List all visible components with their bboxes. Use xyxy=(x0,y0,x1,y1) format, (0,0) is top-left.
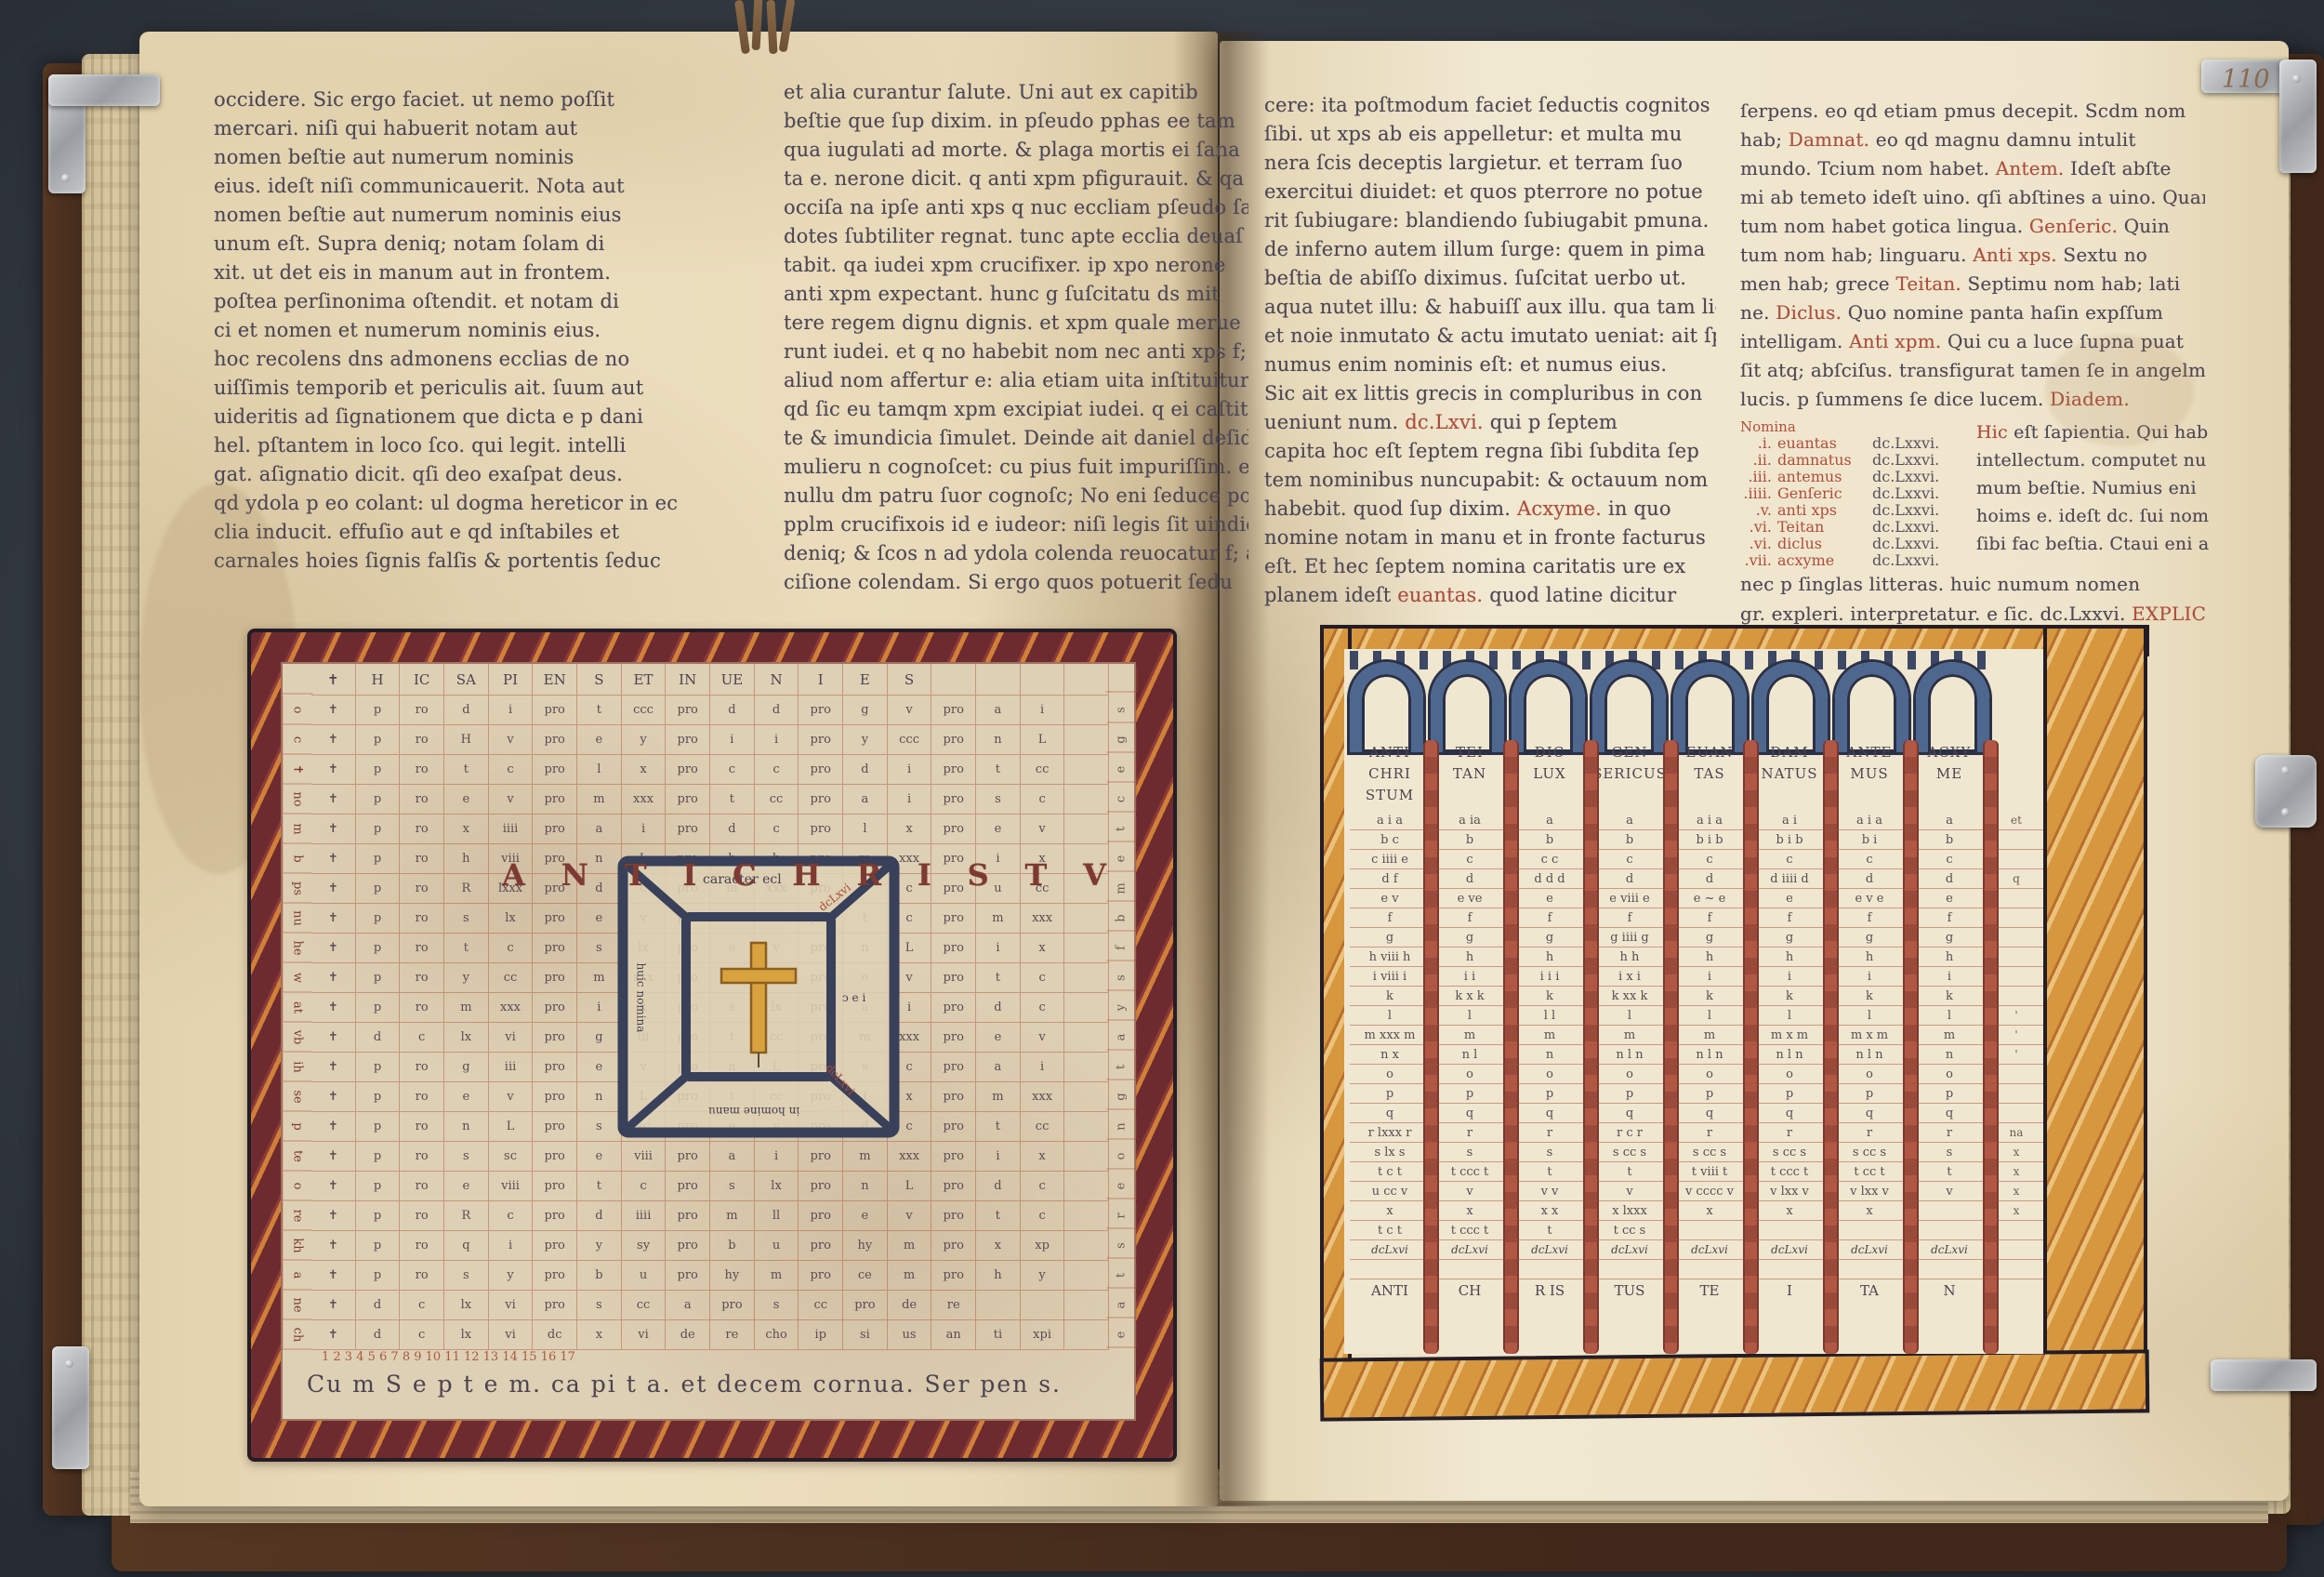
grid-cell: s xyxy=(577,1291,622,1320)
table-row: lll llllll' xyxy=(1350,1006,2043,1026)
grid-cell: pro xyxy=(931,934,976,963)
grid-cell: i xyxy=(976,934,1021,963)
table-cell: e v xyxy=(1350,889,1430,908)
table-cell: p xyxy=(1829,1084,1909,1103)
grid-cell: pro xyxy=(931,993,976,1023)
grid-row: no✝proevpromxxxprotccproaiproscc xyxy=(283,785,1134,815)
table-cell: u cc v xyxy=(1350,1182,1430,1200)
manuscript-line: planem ideſt euantas. quod latine dicitu… xyxy=(1264,581,1716,610)
manuscript-line: intellectum. computet nu xyxy=(1976,446,2209,474)
grid-right-border-letter: a xyxy=(1107,1293,1137,1319)
manuscript-line: nera ſcis deceptis largietur. et terram … xyxy=(1264,149,1716,178)
grid-row: c✝proHvproeyproiiproycccpronLg xyxy=(283,725,1134,755)
grid-row: ch✝dclxvidcxviderechoipsiusantixpie xyxy=(283,1320,1134,1350)
table-cell: b i b xyxy=(1750,830,1829,849)
grid-cell: s xyxy=(888,664,932,696)
text-segment: Diclus. xyxy=(1776,301,1842,324)
grid-cell: pi xyxy=(489,664,534,696)
grid-left-border-letter: no xyxy=(283,786,312,815)
grid-cell: ccc xyxy=(888,725,932,755)
blank-row xyxy=(1350,1260,2043,1279)
grid-cell: pro xyxy=(533,1172,577,1201)
table-row: u cc vvv vvv cccc vv lxx vv lxx vvx xyxy=(1350,1182,2043,1201)
manuscript-line: anti xpm expectant. hunc g ſuſcitatu ds … xyxy=(784,280,1248,309)
grid-cell: xpi xyxy=(1021,1320,1065,1350)
text-segment: tum nom hab; linguaru. xyxy=(1740,244,1973,266)
clasp-bottom-right xyxy=(2211,1359,2317,1391)
grid-cell: pro xyxy=(533,1112,577,1142)
table-cell: a xyxy=(1590,811,1670,829)
grid-cell xyxy=(1064,1172,1109,1201)
grid-cell: xxx xyxy=(622,785,667,815)
grid-row: kh✝proqiproysyprobuprohymproxxps xyxy=(283,1231,1134,1261)
table-cell: b c xyxy=(1350,830,1430,849)
table-row: kk x kkk xx kkkkk xyxy=(1350,987,2043,1006)
grid-cell: v xyxy=(489,725,534,755)
grid-cell: pro xyxy=(843,1291,888,1320)
table-cell: o xyxy=(1750,1065,1829,1083)
grid-cell: p xyxy=(356,1201,401,1231)
grid-right-border-letter: g xyxy=(1107,728,1137,753)
table-cell: e ~ e xyxy=(1670,889,1750,908)
table-cell: i xyxy=(1829,967,1909,986)
table-cell: c xyxy=(1590,850,1670,868)
grid-cell: u xyxy=(755,1231,799,1261)
grid-cell: viii xyxy=(622,1142,667,1172)
table-cell: v lxx v xyxy=(1829,1182,1909,1200)
grid-cell: ✝ xyxy=(311,725,356,755)
grid-cell: pro xyxy=(533,993,577,1023)
text-segment: quod latine dicitur xyxy=(1483,584,1676,606)
grid-cell: H xyxy=(444,725,489,755)
grid-cell: pro xyxy=(931,1261,976,1291)
grid-cell: m xyxy=(888,1261,932,1291)
table-margin-gloss xyxy=(1989,908,2043,927)
table-cell: d iiii d xyxy=(1750,869,1829,888)
text-segment: Quin xyxy=(2118,215,2170,237)
grid-cell: pro xyxy=(931,725,976,755)
grid-cell: xxx xyxy=(888,1142,932,1172)
manuscript-line: ta e. nerone dicit. q anti xpm pfiguraui… xyxy=(784,165,1248,193)
grid-cell: a xyxy=(666,1291,710,1320)
arcade-letter-rows: a i aa iaaaa i aa ia i aaetb cbbbb i bb … xyxy=(1350,811,2043,1302)
grid-cell: cc xyxy=(755,785,799,815)
grid-left-border-letter: ih xyxy=(283,1054,312,1082)
table-margin-gloss xyxy=(1989,948,2043,966)
grid-cell: xxx xyxy=(1021,1082,1065,1112)
manuscript-line: Sic ait ex littis grecis in compluribus … xyxy=(1264,379,1716,408)
manuscript-line: aqua nutet illu: & habuiſſ aux illu. qua… xyxy=(1264,293,1716,322)
grid-cell: s xyxy=(577,664,622,696)
grid-left-border-letter: ✝ xyxy=(283,756,312,785)
manuscript-line: mundo. Tcium nom habet. Antem. Ideſt abſ… xyxy=(1740,154,2205,183)
text-segment: in quo xyxy=(1602,497,1671,520)
manuscript-line: mercari. niſi qui habuerit notam aut xyxy=(214,114,751,143)
grid-cell: pro xyxy=(931,1053,976,1082)
big-letter: C xyxy=(733,857,756,895)
grid-cell: p xyxy=(356,993,401,1023)
grid-row: o✝proeviiiprotcproslxpronLprodce xyxy=(283,1172,1134,1201)
table-cell: p xyxy=(1590,1084,1670,1103)
table-cell: e ve xyxy=(1430,889,1510,908)
grid-cell: pro xyxy=(799,696,843,725)
grid-cell: s xyxy=(444,904,489,934)
grid-cell: x xyxy=(622,755,667,785)
grid-cell: lx xyxy=(755,1172,799,1201)
grid-cell: pro xyxy=(666,1231,710,1261)
grid-cell: x xyxy=(444,815,489,844)
grid-right-border-letter: g xyxy=(1107,1085,1137,1110)
grid-cell: a xyxy=(577,815,622,844)
table-cell: i viii i xyxy=(1350,967,1430,986)
grid-cell: de xyxy=(888,1291,932,1320)
grid-cell: e xyxy=(444,1082,489,1112)
grid-left-border-letter: a xyxy=(283,1262,312,1291)
table-cell: dcLxvi xyxy=(1909,1240,1989,1259)
grid-cell: e xyxy=(976,815,1021,844)
table-cell: m xxx m xyxy=(1350,1026,1430,1044)
grid-cell: s xyxy=(710,1172,755,1201)
grid-cell: p xyxy=(356,725,401,755)
grid-cell: i xyxy=(799,664,843,696)
manuscript-line: rit ſubiugare: blandiendo ſubiugabit pmu… xyxy=(1264,206,1716,235)
item-numeral: .vi. xyxy=(1740,519,1772,536)
grid-cell: t xyxy=(444,755,489,785)
grid-cell: ro xyxy=(400,934,444,963)
grid-cell xyxy=(1064,1053,1109,1082)
table-cell: t xyxy=(1510,1221,1590,1239)
grid-cell: lx xyxy=(444,1320,489,1350)
margin-list-item: .v.anti xpsdc.Lxxvi. xyxy=(1740,502,1963,519)
grid-cell: c xyxy=(400,1320,444,1350)
grid-cell: a xyxy=(843,785,888,815)
big-letter: H xyxy=(792,857,820,895)
table-row: ffffffff xyxy=(1350,908,2043,928)
grid-cell: q xyxy=(444,1231,489,1261)
item-name: Teitan xyxy=(1777,519,1867,536)
manuscript-line: dotes ſubtiliter regnat. tunc apte eccli… xyxy=(784,222,1248,251)
table-cell: n xyxy=(1909,1045,1989,1064)
grid-cell: lx xyxy=(444,1291,489,1320)
grid-cell: pro xyxy=(931,1172,976,1201)
table-cell: t xyxy=(1590,1162,1670,1181)
manuscript-line: beſtie que ſup dixim. in pſeudo pphas ee… xyxy=(784,107,1248,136)
table-row: gggg iiii ggggg xyxy=(1350,928,2043,948)
grid-cell: i xyxy=(1021,1053,1065,1082)
grid-cell: pro xyxy=(931,696,976,725)
text-segment: Teitan. xyxy=(1895,272,1961,295)
text-segment: eo qd magnu damnu intulit xyxy=(1869,128,2135,151)
grid-cell: m xyxy=(710,1201,755,1231)
grid-cell: pro xyxy=(533,1291,577,1320)
grid-cell: L xyxy=(888,1172,932,1201)
table-cell: r c r xyxy=(1590,1123,1670,1142)
grid-right-border-letter: s xyxy=(1107,1234,1137,1259)
grid-cell: pro xyxy=(533,815,577,844)
table-cell: c c xyxy=(1510,850,1590,868)
grid-cell: pro xyxy=(533,696,577,725)
grid-cell xyxy=(1064,1023,1109,1053)
grid-big-letters-antichristv: ANTICHRISTV xyxy=(502,857,1106,895)
grid-cell: i xyxy=(976,1142,1021,1172)
grid-cell: t xyxy=(444,934,489,963)
table-cell: s cc s xyxy=(1750,1143,1829,1161)
grid-cell: y xyxy=(489,1261,534,1291)
grid-cell: i xyxy=(888,755,932,785)
table-cell: q xyxy=(1670,1104,1750,1122)
table-cell: x xyxy=(1670,1201,1750,1220)
totals-row: dcLxvidcLxvidcLxvidcLxvidcLxvidcLxvidcLx… xyxy=(1350,1240,2043,1260)
grid-cell: pro xyxy=(931,1142,976,1172)
table-cell: s lx s xyxy=(1350,1143,1430,1161)
table-margin-gloss xyxy=(1989,1065,2043,1083)
grid-cell: ro xyxy=(400,844,444,874)
grid-cell: pro xyxy=(931,1231,976,1261)
grid-cell: in xyxy=(666,664,710,696)
grid-cell: ✝ xyxy=(311,696,356,725)
table-cell: i x i xyxy=(1590,967,1670,986)
table-cell: f xyxy=(1590,908,1670,927)
grid-cell: ✝ xyxy=(311,1320,356,1350)
table-row: e ve veee viii ee ~ eee v ee xyxy=(1350,889,2043,908)
table-cell: h h xyxy=(1590,948,1670,966)
manuscript-line: ci et nomen et numerum nominis eius. xyxy=(214,316,751,345)
grid-cell: L xyxy=(489,1112,534,1142)
table-cell: f xyxy=(1350,908,1430,927)
grid-cell: p xyxy=(356,696,401,725)
grid-cell: i xyxy=(888,785,932,815)
big-letter: T xyxy=(1025,857,1048,895)
table-cell: TA xyxy=(1829,1279,1909,1302)
table-cell: t xyxy=(1909,1162,1989,1181)
text-segment: planem ideſt xyxy=(1264,584,1397,606)
table-cell: a xyxy=(1909,811,1989,829)
grid-cell: m xyxy=(976,1082,1021,1112)
grid-cell: pro xyxy=(666,1201,710,1231)
grid-cell: c xyxy=(1021,1201,1065,1231)
arch xyxy=(1350,662,1423,752)
table-cell: k xx k xyxy=(1590,987,1670,1005)
grid-cell: x xyxy=(888,815,932,844)
table-cell: e xyxy=(1909,889,1989,908)
table-cell: n l n xyxy=(1670,1045,1750,1064)
table-cell: l xyxy=(1670,1006,1750,1025)
table-cell: l xyxy=(1350,1006,1430,1025)
table-row: b cbbbb i bb i bb ib xyxy=(1350,830,2043,850)
arcade-table-border-right xyxy=(2043,625,2147,1410)
table-row: xxx xx lxxxxxxx xyxy=(1350,1201,2043,1221)
item-numeral: .v. xyxy=(1740,502,1772,519)
grid-cell: g xyxy=(843,696,888,725)
grid-cell: ccc xyxy=(622,696,667,725)
table-cell: s cc s xyxy=(1590,1143,1670,1161)
manuscript-line: tabit. qa iudei xpm crucifixer. ip xpo n… xyxy=(784,251,1248,280)
grid-cell: p xyxy=(356,1261,401,1291)
grid-cell: pro xyxy=(799,755,843,785)
table-cell: t xyxy=(1510,1162,1590,1181)
grid-row: ✝✝protcprolxproccprodiprotcce xyxy=(283,755,1134,785)
manuscript-line: capita hoc eſt ſeptem regna ſibi ſubdita… xyxy=(1264,437,1716,466)
manuscript-line: ueniunt num. dc.Lxvi. qui p ſeptem xyxy=(1264,408,1716,437)
grid-cell: d xyxy=(356,1320,401,1350)
grid-right-border-letter: e xyxy=(1107,847,1137,872)
grid-cell xyxy=(1064,815,1109,844)
grid-right-border-letter: o xyxy=(1107,1145,1137,1170)
table-cell: R IS xyxy=(1510,1279,1590,1302)
table-cell: t c t xyxy=(1350,1162,1430,1181)
grid-cell: x xyxy=(1021,1142,1065,1172)
grid-cell: c xyxy=(1021,785,1065,815)
manuscript-line: cere: ita poſtmodum faciet ſeductis cogn… xyxy=(1264,91,1716,120)
text-segment: mundo. Tcium nom habet. xyxy=(1740,157,1996,179)
table-cell: m x m xyxy=(1750,1026,1829,1044)
table-row: d fdd d dddd iiii dddq xyxy=(1350,869,2043,889)
table-cell: c xyxy=(1430,850,1510,868)
grid-cell: ro xyxy=(400,725,444,755)
table-cell: p xyxy=(1750,1084,1829,1103)
table-cell: l xyxy=(1750,1006,1829,1025)
table-margin-gloss xyxy=(1989,987,2043,1005)
grid-cell: xp xyxy=(1021,1231,1065,1261)
table-cell: k xyxy=(1670,987,1750,1005)
manuscript-line: et noie inmutato & actu imutato ueniat: … xyxy=(1264,322,1716,351)
table-cell: p xyxy=(1909,1084,1989,1103)
manuscript-line: nullu dm patru ſuor cognoſc; No eni ſedu… xyxy=(784,482,1248,510)
center-emblem: caracter ecl dcLxvi huic nomina ↄ e i in… xyxy=(614,852,904,1142)
text-segment: Anti xpm. xyxy=(1849,330,1941,352)
table-cell: x lxxx xyxy=(1590,1201,1670,1220)
grid-cell: p xyxy=(356,1142,401,1172)
grid-left-border-letter: o xyxy=(283,1173,312,1201)
table-cell: f xyxy=(1909,908,1989,927)
table-cell: n l n xyxy=(1829,1045,1909,1064)
grid-cell: p xyxy=(356,1082,401,1112)
grid-cell: sa xyxy=(444,664,489,696)
item-value: dc.Lxxvi. xyxy=(1872,536,1939,552)
text-segment: Acxyme. xyxy=(1517,497,1602,520)
grid-right-border-letter xyxy=(1106,668,1138,693)
grid-cell: ✝ xyxy=(311,815,356,844)
left-page-column-1: occidere. Sic ergo faciet. ut nemo poſſi… xyxy=(214,86,751,576)
manuscript-line: unum eſt. Supra deniq; notam ſolam di xyxy=(214,230,751,258)
manuscript-line: nomen beſtie aut numerum nominis xyxy=(214,143,751,172)
manuscript-line: tum nom habet gotica lingua. Genſeric. Q… xyxy=(1740,212,2205,241)
item-value: dc.Lxxvi. xyxy=(1872,469,1939,485)
grid-cell: cc xyxy=(1021,1112,1065,1142)
table-cell: dcLxvi xyxy=(1750,1240,1829,1259)
text-segment: hab; xyxy=(1740,128,1789,151)
grid-cell: ic xyxy=(400,664,444,696)
table-cell: q xyxy=(1430,1104,1510,1122)
grid-cell: pro xyxy=(533,725,577,755)
grid-right-border-letter: e xyxy=(1107,758,1137,783)
table-cell xyxy=(1909,1221,1989,1239)
grid-cell: ✝ xyxy=(311,1142,356,1172)
table-cell: s xyxy=(1510,1143,1590,1161)
table-cell: m xyxy=(1670,1026,1750,1044)
table-cell: d f xyxy=(1350,869,1430,888)
table-cell: r xyxy=(1430,1123,1510,1142)
grid-cell: ro xyxy=(400,963,444,993)
grid-cell xyxy=(1064,785,1109,815)
table-cell: n l xyxy=(1430,1045,1510,1064)
grid-cell: pro xyxy=(799,815,843,844)
table-cell: h xyxy=(1430,948,1510,966)
grid-cell: pro xyxy=(799,725,843,755)
grid-cell: v xyxy=(888,696,932,725)
text-segment: EXPLICIT. xyxy=(2132,603,2205,625)
grid-left-border-letter: ch xyxy=(283,1321,312,1350)
grid-cell: t xyxy=(976,963,1021,993)
grid-cell: ✝ xyxy=(311,1231,356,1261)
item-value: dc.Lxxvi. xyxy=(1872,519,1939,536)
text-segment: ne. xyxy=(1740,301,1776,324)
grid-cell: i xyxy=(489,696,534,725)
big-letter: S xyxy=(968,857,989,895)
grid-cell: ip xyxy=(799,1320,843,1350)
grid-cell: ✝ xyxy=(311,934,356,963)
table-margin-gloss: x xyxy=(1989,1143,2043,1161)
grid-cell: y xyxy=(622,725,667,755)
table-cell xyxy=(1670,1260,1750,1279)
table-cell: b xyxy=(1430,830,1510,849)
text-segment: tum nom habet gotica lingua. xyxy=(1740,215,2029,237)
table-cell: o xyxy=(1670,1065,1750,1083)
table-cell: d xyxy=(1590,869,1670,888)
grid-cell: an xyxy=(931,1320,976,1350)
left-page-column-2: et alia curantur ſalute. Uni aut ex capi… xyxy=(784,78,1248,597)
grid-cell: t xyxy=(976,1201,1021,1231)
table-cell: x x xyxy=(1510,1201,1590,1220)
grid-left-border-letter: ne xyxy=(283,1292,312,1320)
grid-left-border-letter: o xyxy=(283,696,312,725)
text-segment: Damnat. xyxy=(1789,128,1870,151)
table-cell: e viii e xyxy=(1590,889,1670,908)
grid-cell xyxy=(1064,993,1109,1023)
table-margin-gloss: na xyxy=(1989,1123,2043,1142)
table-cell: r xyxy=(1829,1123,1909,1142)
table-cell: o xyxy=(1829,1065,1909,1083)
manuscript-line: habebit. quod ſup dixim. Acxyme. in quo xyxy=(1264,495,1716,523)
grid-cell: pro xyxy=(931,1082,976,1112)
clasp-top-left-horizontal xyxy=(48,74,160,106)
grid-left-border-letter: vb xyxy=(283,1024,312,1053)
grid-cell: pro xyxy=(799,1142,843,1172)
grid-right-border-letter: f xyxy=(1107,936,1137,961)
grid-cell: v xyxy=(888,1201,932,1231)
right-page-column-1: cere: ita poſtmodum faciet ſeductis cogn… xyxy=(1264,91,1716,610)
item-value: dc.Lxxvi. xyxy=(1872,435,1939,452)
grid-cell: m xyxy=(577,785,622,815)
grid-row: m✝proxiiiiproaiprodcprolxproevt xyxy=(283,815,1134,844)
grid-cell: iii xyxy=(489,1053,534,1082)
grid-left-border-letter: c xyxy=(283,726,312,755)
grid-cell: i xyxy=(710,725,755,755)
table-cell: o xyxy=(1430,1065,1510,1083)
grid-cell: h xyxy=(444,844,489,874)
manuscript-line: pplm crucifixois id e iudeor: niſi legis… xyxy=(784,510,1248,539)
arch xyxy=(1512,662,1585,752)
big-letter: I xyxy=(918,857,931,895)
table-cell xyxy=(1829,1221,1909,1239)
table-cell: p xyxy=(1350,1084,1430,1103)
grid-cell: ✝ xyxy=(311,785,356,815)
grid-cell: i xyxy=(489,1231,534,1261)
table-cell: x xyxy=(1350,1201,1430,1220)
table-cell: h xyxy=(1750,948,1829,966)
grid-cell: ro xyxy=(400,785,444,815)
grid-cell: e xyxy=(444,1172,489,1201)
